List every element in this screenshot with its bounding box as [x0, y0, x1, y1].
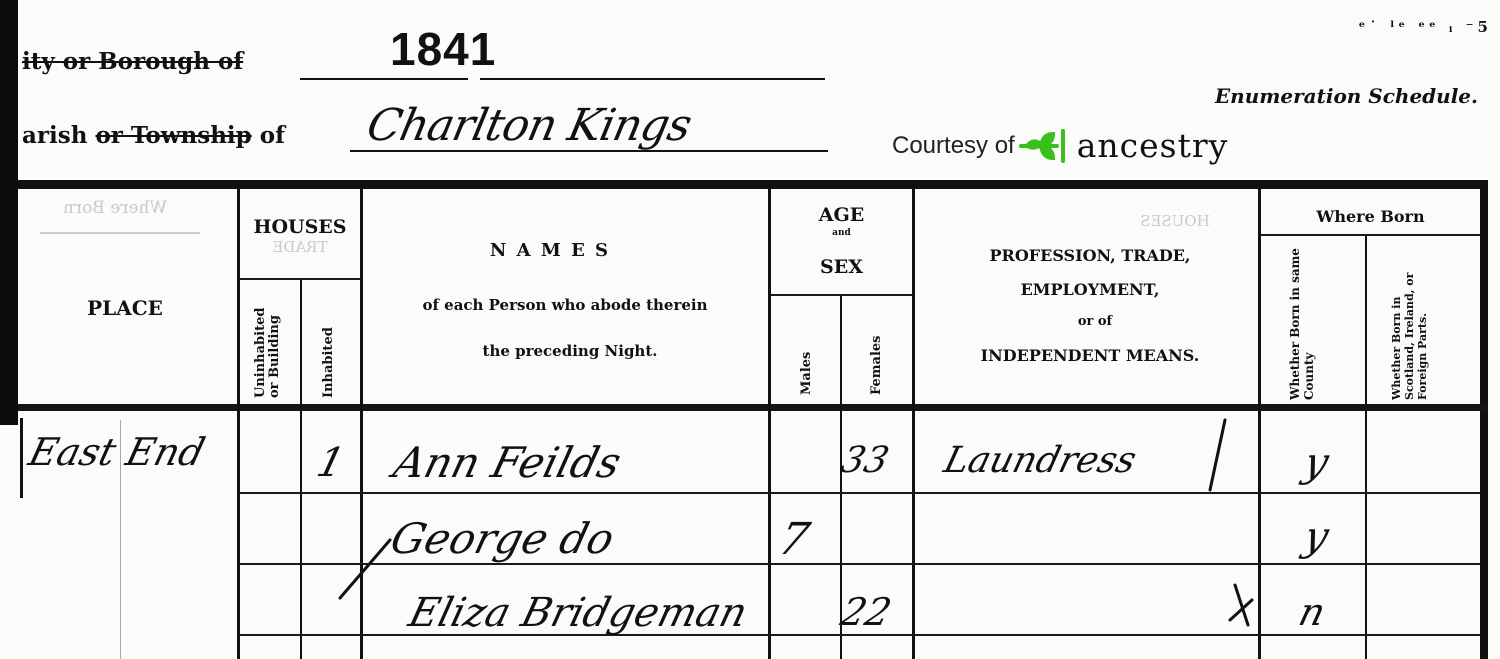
pen-strokes — [0, 0, 1500, 659]
